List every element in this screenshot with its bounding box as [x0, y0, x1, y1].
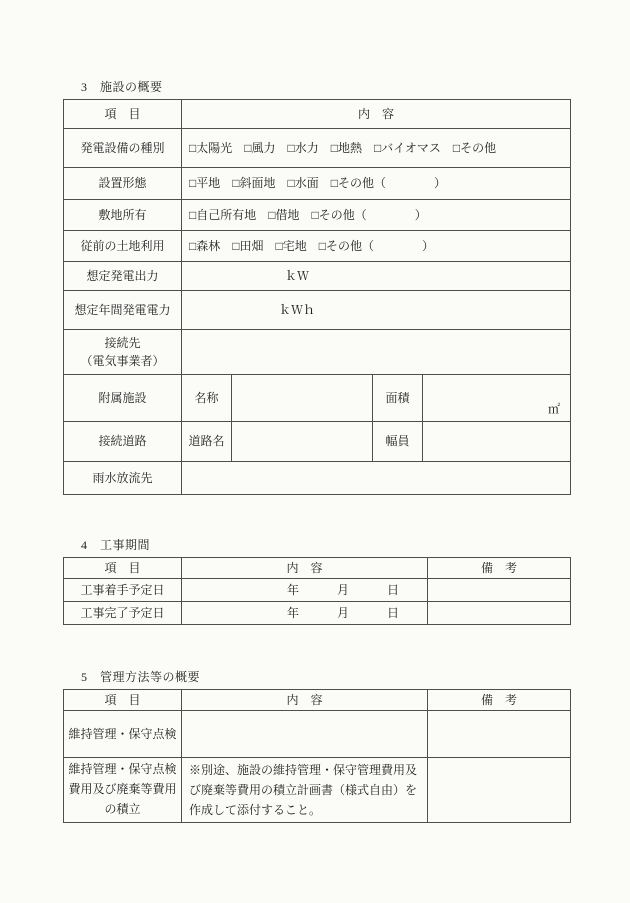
- management-col-header-item: 項 目: [64, 690, 182, 711]
- completion-date-year-label: 年: [287, 606, 299, 621]
- access-road-label: 接続道路: [64, 422, 182, 462]
- grid-connection-value-cell: [182, 330, 571, 375]
- previous-land-use-options: □森林 □田畑 □宅地 □その他（ ）: [182, 231, 571, 262]
- facility-row-installation-form: 設置形態 □平地 □斜面地 □水面 □その他（ ）: [64, 168, 571, 200]
- construction-header-row: 項 目 内 容 備 考: [64, 558, 571, 579]
- management-col-header-content: 内 容: [182, 690, 428, 711]
- site-ownership-label: 敷地所有: [64, 200, 182, 231]
- maintenance-content-cell: [182, 711, 428, 758]
- access-road-name-label: 道路名: [182, 422, 232, 462]
- construction-row-start-date: 工事着手予定日 年 月 日: [64, 579, 571, 602]
- cost-reserve-note: ※別途、施設の維持管理・保守管理費用及び廃棄等費用の積立計画書（様式自由）を作成…: [182, 758, 428, 823]
- facility-row-rainwater: 雨水放流先: [64, 462, 571, 495]
- expected-output-label: 想定発電出力: [64, 262, 182, 291]
- expected-output-value-cell: ｋＷ: [182, 262, 571, 291]
- cost-reserve-label: 維持管理・保守点検 費用及び廃棄等費用 の積立: [64, 758, 182, 823]
- construction-table: 項 目 内 容 備 考 工事着手予定日 年 月 日 工事完了予定日 年 月 日: [63, 557, 571, 625]
- management-table: 項 目 内 容 備 考 維持管理・保守点検 維持管理・保守点検 費用及び廃棄等費…: [63, 689, 571, 823]
- previous-land-use-label: 従前の土地利用: [64, 231, 182, 262]
- annual-generation-unit: ｋＷｈ: [182, 303, 412, 318]
- start-date-month-label: 月: [337, 583, 349, 598]
- start-date-label: 工事着手予定日: [64, 579, 182, 602]
- maintenance-remarks-cell: [428, 711, 571, 758]
- attached-facility-name-cell: [232, 375, 373, 422]
- attached-facility-area-cell: ㎡: [423, 375, 571, 422]
- management-col-header-remarks: 備 考: [428, 690, 571, 711]
- construction-col-header-remarks: 備 考: [428, 558, 571, 579]
- start-date-year-label: 年: [287, 583, 299, 598]
- access-road-width-cell: [423, 422, 571, 462]
- annual-generation-value-cell: ｋＷｈ: [182, 291, 571, 330]
- attached-facility-name-label: 名称: [182, 375, 232, 422]
- start-date-day-label: 日: [387, 583, 399, 598]
- facility-table: 項 目 内 容 発電設備の種別 □太陽光 □風力 □水力 □地熱 □バイオマス …: [63, 99, 571, 495]
- equipment-type-options: □太陽光 □風力 □水力 □地熱 □バイオマス □その他: [182, 129, 571, 168]
- management-row-maintenance: 維持管理・保守点検: [64, 711, 571, 758]
- access-road-name-cell: [232, 422, 373, 462]
- start-date-value-cell: 年 月 日: [182, 579, 428, 602]
- rainwater-label: 雨水放流先: [64, 462, 182, 495]
- facility-row-grid-connection: 接続先 （電気事業者）: [64, 330, 571, 375]
- expected-output-unit: ｋＷ: [182, 269, 412, 284]
- rainwater-value-cell: [182, 462, 571, 495]
- construction-row-completion-date: 工事完了予定日 年 月 日: [64, 602, 571, 625]
- attached-facility-area-label: 面積: [373, 375, 423, 422]
- management-header-row: 項 目 内 容 備 考: [64, 690, 571, 711]
- installation-form-options: □平地 □斜面地 □水面 □その他（ ）: [182, 168, 571, 200]
- cost-reserve-remarks-cell: [428, 758, 571, 823]
- completion-date-remarks-cell: [428, 602, 571, 625]
- facility-row-access-road: 接続道路 道路名 幅員: [64, 422, 571, 462]
- completion-date-label: 工事完了予定日: [64, 602, 182, 625]
- facility-row-site-ownership: 敷地所有 □自己所有地 □借地 □その他（ ）: [64, 200, 571, 231]
- construction-col-header-content: 内 容: [182, 558, 428, 579]
- attached-facility-label: 附属施設: [64, 375, 182, 422]
- completion-date-month-label: 月: [337, 606, 349, 621]
- facility-header-row: 項 目 内 容: [64, 100, 571, 129]
- section-4-heading: 4 工事期間: [81, 538, 630, 552]
- installation-form-label: 設置形態: [64, 168, 182, 200]
- facility-col-header-content: 内 容: [182, 100, 571, 129]
- completion-date-day-label: 日: [387, 606, 399, 621]
- annual-generation-label: 想定年間発電電力: [64, 291, 182, 330]
- facility-row-annual-generation: 想定年間発電電力 ｋＷｈ: [64, 291, 571, 330]
- equipment-type-label: 発電設備の種別: [64, 129, 182, 168]
- section-5-heading: 5 管理方法等の概要: [81, 670, 630, 684]
- document-page: 3 施設の概要 項 目 内 容 発電設備の種別 □太陽光 □風力 □水力 □地熱…: [0, 0, 630, 903]
- grid-connection-label: 接続先 （電気事業者）: [64, 330, 182, 375]
- access-road-width-label: 幅員: [373, 422, 423, 462]
- site-ownership-options: □自己所有地 □借地 □その他（ ）: [182, 200, 571, 231]
- facility-row-previous-land-use: 従前の土地利用 □森林 □田畑 □宅地 □その他（ ）: [64, 231, 571, 262]
- maintenance-label: 維持管理・保守点検: [64, 711, 182, 758]
- section-3-heading: 3 施設の概要: [81, 80, 630, 94]
- facility-row-equipment-type: 発電設備の種別 □太陽光 □風力 □水力 □地熱 □バイオマス □その他: [64, 129, 571, 168]
- construction-col-header-item: 項 目: [64, 558, 182, 579]
- facility-row-expected-output: 想定発電出力 ｋＷ: [64, 262, 571, 291]
- facility-row-attached-facility: 附属施設 名称 面積 ㎡: [64, 375, 571, 422]
- facility-col-header-item: 項 目: [64, 100, 182, 129]
- start-date-remarks-cell: [428, 579, 571, 602]
- management-row-cost-reserve: 維持管理・保守点検 費用及び廃棄等費用 の積立 ※別途、施設の維持管理・保守管理…: [64, 758, 571, 823]
- completion-date-value-cell: 年 月 日: [182, 602, 428, 625]
